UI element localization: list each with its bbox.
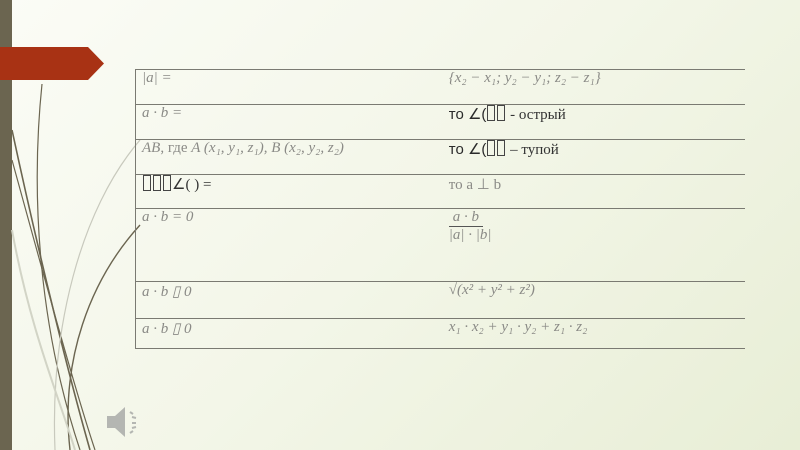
cell-obtuse-angle: то ∠( – тупой: [443, 140, 745, 175]
table-row: a · b ▯ 0 √(x² + y² + z²): [136, 282, 746, 319]
title-banner: [0, 47, 104, 80]
table-row: a · b = 0 a · b|a| · |b|: [136, 209, 746, 282]
cell-angle-formula: ∠( ) =: [136, 175, 443, 209]
cell-dot-negative: a · b ▯ 0: [136, 319, 443, 349]
cell-acute-angle: то ∠( - острый: [443, 105, 745, 140]
cell-dot-product: a · b =: [136, 105, 443, 140]
cell-perpendicular: то a ⊥ b: [443, 175, 745, 209]
cell-dot-zero: a · b = 0: [136, 209, 443, 282]
cell-vector-ab: AB, где A (x₁, y₁, z₁), B (x₂, y₂, z₂): [136, 140, 443, 175]
table-row: a · b = то ∠( - острый: [136, 105, 746, 140]
cell-length-formula: √(x² + y² + z²): [443, 282, 745, 319]
cell-vector-length: |a| =: [136, 70, 443, 105]
cell-dot-coords: x₁ · x₂ + y₁ · y₂ + z₁ · z₂: [443, 319, 745, 349]
speaker-icon[interactable]: [105, 404, 145, 440]
cell-vector-coords: {x₂ − x₁; y₂ − y₁; z₂ − z₁}: [443, 70, 745, 105]
formula-table: |a| = {x₂ − x₁; y₂ − y₁; z₂ − z₁} a · b …: [135, 69, 745, 349]
table-row: a · b ▯ 0 x₁ · x₂ + y₁ · y₂ + z₁ · z₂: [136, 319, 746, 349]
cell-cosine-fraction: a · b|a| · |b|: [443, 209, 745, 282]
table-row: |a| = {x₂ − x₁; y₂ − y₁; z₂ − z₁}: [136, 70, 746, 105]
cell-dot-positive: a · b ▯ 0: [136, 282, 443, 319]
table-row: ∠( ) = то a ⊥ b: [136, 175, 746, 209]
table-row: AB, где A (x₁, y₁, z₁), B (x₂, y₂, z₂) т…: [136, 140, 746, 175]
